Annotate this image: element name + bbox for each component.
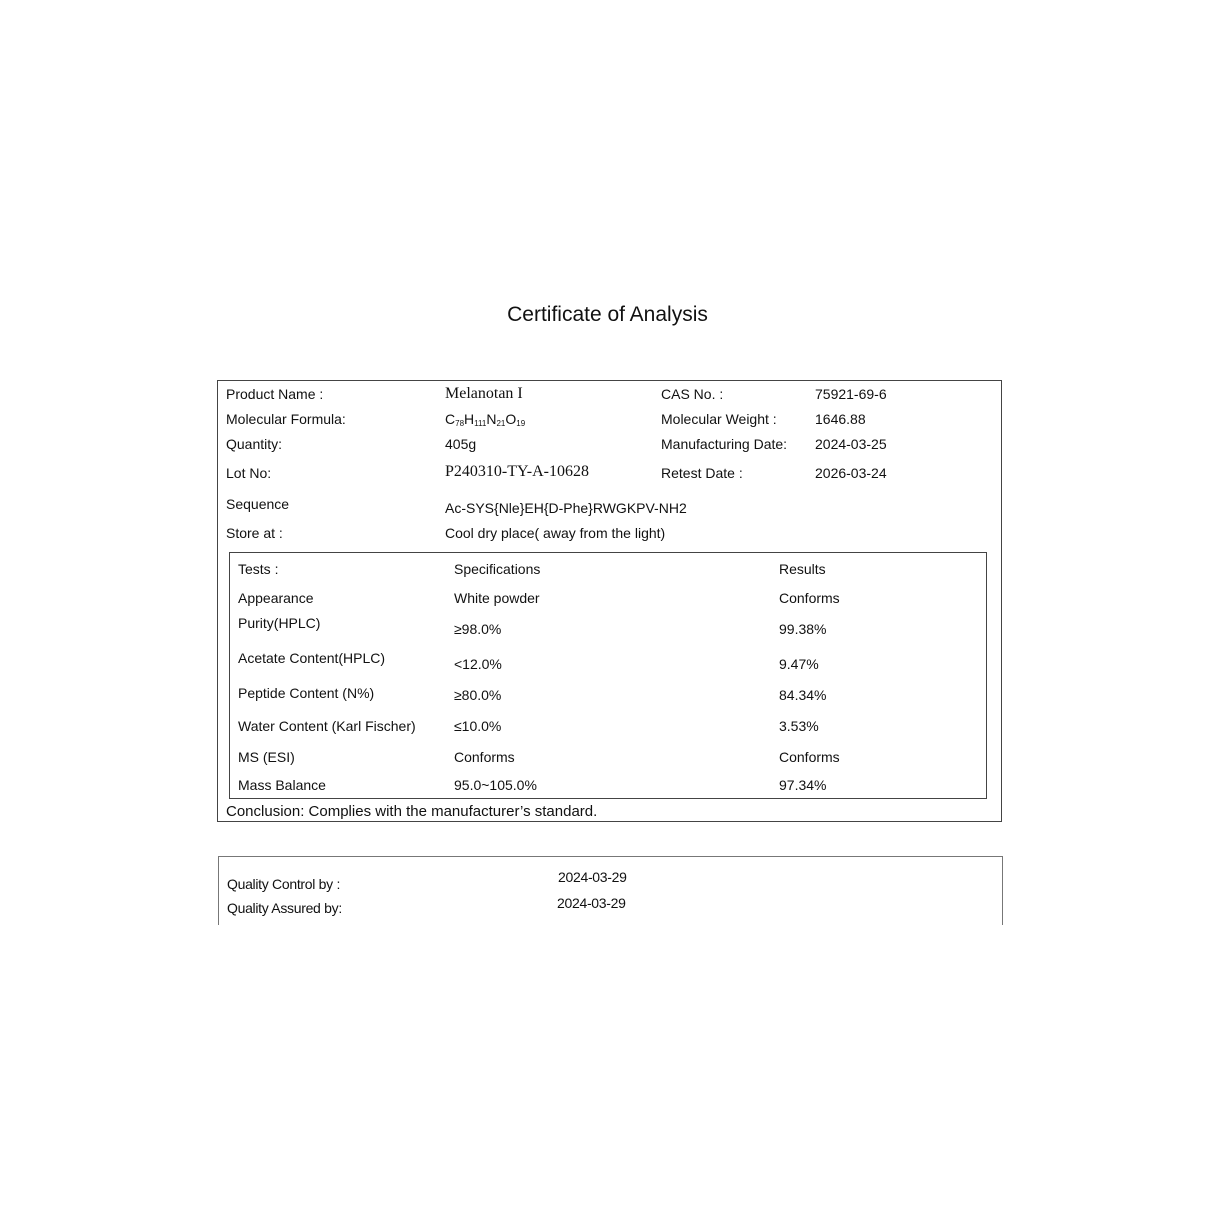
quality-assured-label: Quality Assured by:: [227, 900, 342, 916]
page-cutoff: [200, 925, 1020, 955]
test-result: Conforms: [779, 590, 840, 606]
product-name-label: Product Name :: [226, 386, 323, 402]
quality-control-label: Quality Control by :: [227, 876, 340, 892]
test-spec: <12.0%: [454, 656, 502, 672]
test-name: Acetate Content(HPLC): [238, 650, 385, 666]
tests-table-box: [229, 552, 987, 799]
test-spec: ≤10.0%: [454, 718, 501, 734]
test-result: 9.47%: [779, 656, 819, 672]
test-result: Conforms: [779, 749, 840, 765]
lot-no-label: Lot No:: [226, 465, 271, 481]
test-name: Peptide Content (N%): [238, 685, 374, 701]
lot-no-value: P240310-TY-A-10628: [445, 463, 589, 481]
test-spec: ≥98.0%: [454, 621, 501, 637]
test-name: Purity(HPLC): [238, 615, 320, 631]
quality-assured-date: 2024-03-29: [557, 895, 626, 911]
manufacturing-date-value: 2024-03-25: [815, 436, 887, 452]
sequence-value: Ac-SYS{Nle}EH{D-Phe}RWGKPV-NH2: [445, 500, 687, 516]
specifications-header: Specifications: [454, 561, 540, 577]
cas-no-label: CAS No. :: [661, 386, 723, 402]
results-header: Results: [779, 561, 826, 577]
molecular-weight-value: 1646.88: [815, 411, 866, 427]
test-name: MS (ESI): [238, 749, 295, 765]
test-result: 99.38%: [779, 621, 826, 637]
retest-date-value: 2026-03-24: [815, 465, 887, 481]
conclusion-text: Conclusion: Complies with the manufactur…: [226, 803, 597, 820]
sequence-label: Sequence: [226, 496, 289, 512]
test-name: Appearance: [238, 590, 314, 606]
test-name: Mass Balance: [238, 777, 326, 793]
store-at-value: Cool dry place( away from the light): [445, 525, 665, 541]
molecular-formula-label: Molecular Formula:: [226, 411, 346, 427]
manufacturing-date-label: Manufacturing Date:: [661, 436, 787, 452]
test-name: Water Content (Karl Fischer): [238, 718, 416, 734]
test-spec: 95.0~105.0%: [454, 777, 537, 793]
test-result: 97.34%: [779, 777, 826, 793]
test-spec: Conforms: [454, 749, 515, 765]
test-spec: White powder: [454, 590, 540, 606]
tests-header: Tests :: [238, 561, 278, 577]
cas-no-value: 75921-69-6: [815, 386, 887, 402]
test-result: 3.53%: [779, 718, 819, 734]
test-result: 84.34%: [779, 687, 826, 703]
product-name-value: Melanotan I: [445, 385, 523, 403]
document-title: Certificate of Analysis: [0, 303, 1215, 327]
quantity-label: Quantity:: [226, 436, 282, 452]
molecular-formula-value: C78H111N21O19: [445, 411, 525, 428]
molecular-weight-label: Molecular Weight :: [661, 411, 777, 427]
retest-date-label: Retest Date :: [661, 465, 743, 481]
store-at-label: Store at :: [226, 525, 283, 541]
test-spec: ≥80.0%: [454, 687, 501, 703]
quantity-value: 405g: [445, 436, 476, 452]
quality-control-date: 2024-03-29: [558, 869, 627, 885]
